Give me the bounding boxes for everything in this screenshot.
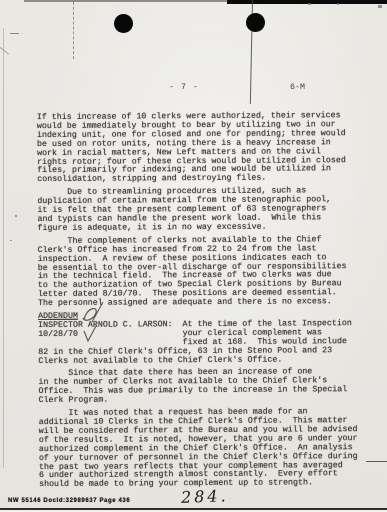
paper-corner-crease bbox=[0, 46, 9, 54]
scan-speck bbox=[15, 215, 17, 217]
scan-speck bbox=[378, 5, 382, 8]
handwritten-check-marks bbox=[72, 300, 120, 348]
archive-release-stamp: NW 55146 DocId:32989637 Page 436 bbox=[8, 498, 130, 504]
scan-speck bbox=[337, 3, 339, 5]
page-number: - 7 - bbox=[169, 83, 199, 92]
scan-speck bbox=[10, 240, 12, 241]
hole-punch-left bbox=[114, 14, 133, 33]
stray-mark bbox=[10, 33, 19, 34]
paragraph-it-was-noted: It was noted that a request has been mad… bbox=[39, 408, 375, 490]
scanned-document-page: - 7 - 6-M If this increase of 10 clerks … bbox=[0, 0, 387, 512]
paper-edge-left bbox=[3, 28, 4, 468]
paragraph-clerk-increase: If this increase of 10 clerks were autho… bbox=[37, 112, 373, 185]
file-classification-mark: 6-M bbox=[290, 83, 305, 92]
perforation-dotted-line bbox=[73, 2, 74, 59]
hole-punch-right bbox=[246, 13, 265, 32]
paragraph-streamlining: Due to streamlining procedures utilized,… bbox=[37, 187, 373, 234]
paragraph-since-that-date: Since that date there has been an increa… bbox=[38, 368, 374, 406]
scan-speck bbox=[308, 3, 311, 5]
scan-edge-line-top-left bbox=[24, 0, 228, 2]
handwritten-page-number: 284. bbox=[181, 486, 229, 507]
paragraph-complement: The complement of clerks not available t… bbox=[38, 236, 374, 309]
